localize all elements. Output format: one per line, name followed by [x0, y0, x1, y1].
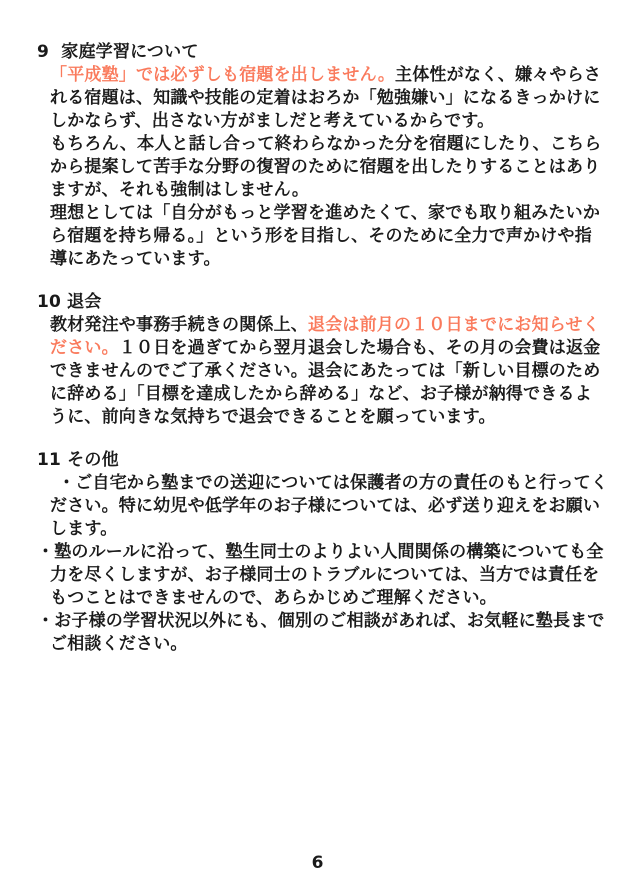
highlighted-text-segment: ださい。: [50, 338, 119, 358]
text-segment: ださい。特に幼児や低学年のお子様については、必ず送り迎えをお願い: [50, 496, 600, 516]
text-line: ださい。１０日を過ぎてから翌月退会した場合も、その月の会費は返金: [0, 337, 635, 360]
text-line: に辞める」「目標を達成したから辞める」など、お子様が納得できるよ: [0, 383, 635, 406]
text-segment: 主体性がなく、嫌々やらさ: [395, 65, 601, 85]
text-segment: しかならず、出さない方がましだと考えているからです。: [50, 111, 494, 131]
section-heading: 10 退会: [0, 291, 635, 314]
text-segment: れる宿題は、知識や技能の定着はおろか「勉強嫌い」になるきっかけに: [50, 88, 600, 108]
text-segment: もちろん、本人と話し合って終わらなかった分を宿題にしたり、こちら: [50, 134, 601, 154]
text-line: できませんのでご了承ください。退会にあたっては「新しい目標のため: [0, 360, 635, 383]
text-segment: 教材発注や事務手続きの関係上、: [50, 315, 308, 335]
text-segment: ご相談ください。: [50, 634, 188, 654]
text-line: 導にあたっています。: [0, 248, 635, 271]
section-heading: 11 その他: [0, 449, 635, 472]
text-segment: １０日を過ぎてから翌月退会した場合も、その月の会費は返金: [119, 338, 601, 358]
text-line: 「平成塾」では必ずしも宿題を出しません。主体性がなく、嫌々やらさ: [0, 64, 635, 87]
text-segment: 導にあたっています。: [50, 249, 221, 269]
text-line: しかならず、出さない方がましだと考えているからです。: [0, 110, 635, 133]
text-segment: ・ご自宅から塾までの送迎については保護者の方の責任のもと行ってく: [58, 473, 608, 493]
text-line: します。: [0, 518, 635, 541]
text-segment: から提案して苦手な分野の復習のために宿題を出したりすることはあり: [50, 157, 600, 177]
document-body: 9 家庭学習について「平成塾」では必ずしも宿題を出しません。主体性がなく、嫌々や…: [0, 41, 635, 656]
text-line: ・塾のルールに沿って、塾生同士のよりよい人間関係の構築についても全: [0, 541, 635, 564]
text-line: れる宿題は、知識や技能の定着はおろか「勉強嫌い」になるきっかけに: [0, 87, 635, 110]
text-line: 教材発注や事務手続きの関係上、退会は前月の１０日までにお知らせく: [0, 314, 635, 337]
highlighted-text-segment: 「平成塾」では必ずしも宿題を出しません。: [50, 65, 395, 85]
text-segment: もつことはできませんので、あらかじめご理解ください。: [50, 588, 497, 608]
text-line: ら宿題を持ち帰る。」という形を目指し、そのために全力で声かけや指: [0, 225, 635, 248]
document-section: 11 その他・ご自宅から塾までの送迎については保護者の方の責任のもと行ってくださ…: [0, 449, 635, 656]
text-line: ますが、それも強制はしません。: [0, 179, 635, 202]
text-segment: ますが、それも強制はしません。: [50, 180, 309, 200]
text-segment: ・塾のルールに沿って、塾生同士のよりよい人間関係の構築についても全: [37, 542, 604, 562]
text-segment: ・お子様の学習状況以外にも、個別のご相談があれば、お気軽に塾長まで: [37, 611, 605, 631]
text-segment: できませんのでご了承ください。退会にあたっては「新しい目標のため: [50, 361, 600, 381]
document-section: 10 退会教材発注や事務手続きの関係上、退会は前月の１０日までにお知らせください…: [0, 291, 635, 429]
section-heading: 9 家庭学習について: [0, 41, 635, 64]
text-segment: ら宿題を持ち帰る。」という形を目指し、そのために全力で声かけや指: [50, 226, 592, 246]
text-line: 力を尽くしますが、お子様同士のトラブルについては、当方では責任を: [0, 564, 635, 587]
text-line: 理想としては「自分がもっと学習を進めたくて、家でも取り組みたいか: [0, 202, 635, 225]
text-segment: うに、前向きな気持ちで退会できることを願っています。: [50, 407, 496, 427]
text-segment: 理想としては「自分がもっと学習を進めたくて、家でも取り組みたいか: [50, 203, 600, 223]
text-line: から提案して苦手な分野の復習のために宿題を出したりすることはあり: [0, 156, 635, 179]
highlighted-text-segment: 退会は前月の１０日までにお知らせく: [308, 315, 600, 335]
text-line: うに、前向きな気持ちで退会できることを願っています。: [0, 406, 635, 429]
document-section: 9 家庭学習について「平成塾」では必ずしも宿題を出しません。主体性がなく、嫌々や…: [0, 41, 635, 271]
document-page: 9 家庭学習について「平成塾」では必ずしも宿題を出しません。主体性がなく、嫌々や…: [0, 0, 635, 896]
text-segment: に辞める」「目標を達成したから辞める」など、お子様が納得できるよ: [50, 384, 592, 404]
text-line: ・ご自宅から塾までの送迎については保護者の方の責任のもと行ってく: [0, 472, 635, 495]
text-line: ご相談ください。: [0, 633, 635, 656]
text-line: もちろん、本人と話し合って終わらなかった分を宿題にしたり、こちら: [0, 133, 635, 156]
text-line: ださい。特に幼児や低学年のお子様については、必ず送り迎えをお願い: [0, 495, 635, 518]
text-line: もつことはできませんので、あらかじめご理解ください。: [0, 587, 635, 610]
text-line: ・お子様の学習状況以外にも、個別のご相談があれば、お気軽に塾長まで: [0, 610, 635, 633]
text-segment: します。: [50, 519, 117, 539]
text-segment: 力を尽くしますが、お子様同士のトラブルについては、当方では責任を: [50, 565, 599, 585]
page-number: 6: [0, 852, 635, 875]
